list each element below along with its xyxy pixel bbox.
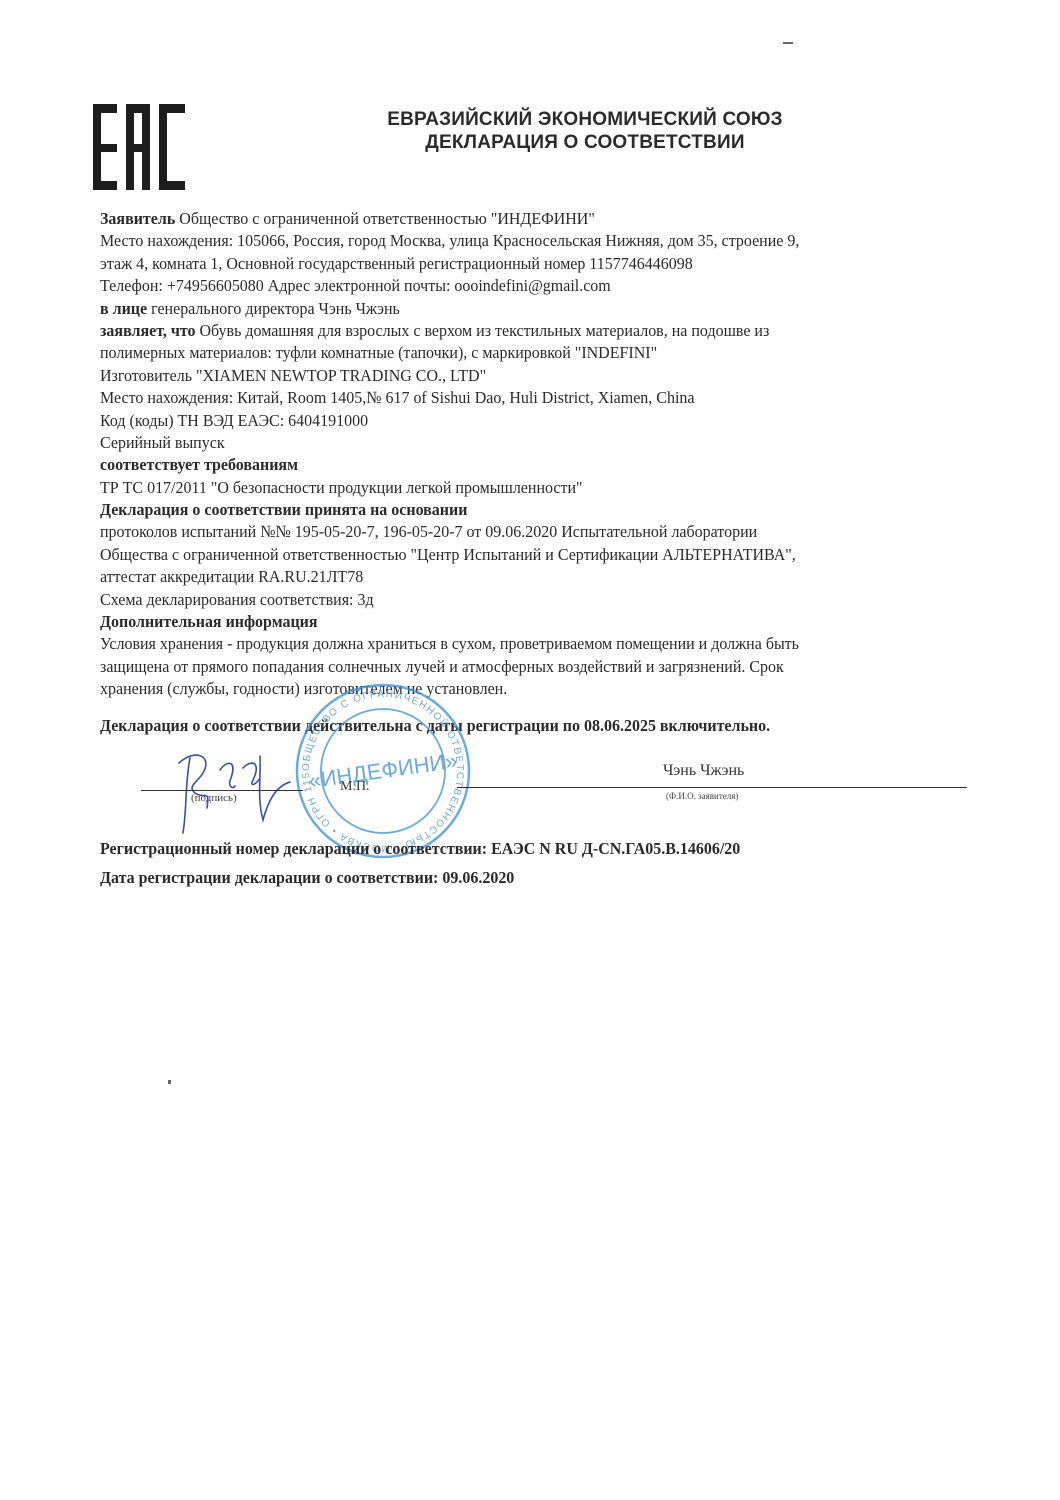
document-title: ДЕКЛАРАЦИЯ О СООТВЕТСТВИИ (300, 131, 870, 154)
eac-logo-icon (93, 104, 185, 190)
representative-row: в лице генерального директора Чэнь Чжэнь (100, 298, 970, 320)
basis-label: Декларация о соответствии принята на осн… (100, 499, 970, 521)
declaration-body: Заявитель Общество с ограниченной ответс… (100, 208, 970, 701)
product-line-1: Обувь домашняя для взрослых с верхом из … (195, 321, 769, 340)
name-line (457, 787, 967, 788)
seal-place-label: М.П. (340, 779, 370, 795)
additional-info-line-1: Условия хранения - продукция должна хран… (100, 633, 970, 655)
registration-block: Регистрационный номер декларации о соотв… (100, 834, 740, 892)
union-title: ЕВРАЗИЙСКИЙ ЭКОНОМИЧЕСКИЙ СОЮЗ (300, 108, 870, 131)
applicant-signatory-name: Чэнь Чжэнь (663, 762, 744, 780)
manufacturer-address: Место нахождения: Китай, Room 1405,№ 617… (100, 387, 970, 409)
signature-line (141, 790, 303, 791)
additional-info-label: Дополнительная информация (100, 611, 970, 633)
production-type: Серийный выпуск (100, 432, 970, 454)
applicant-contacts: Телефон: +74956605080 Адрес электронной … (100, 275, 970, 297)
product-label: заявляет, что (100, 321, 195, 340)
manufacturer: Изготовитель "XIAMEN NEWTOP TRADING CO.,… (100, 365, 970, 387)
basis-line-3: аттестат аккредитации RA.RU.21ЛТ78 (100, 566, 970, 588)
representative-value: генерального директора Чэнь Чжэнь (147, 299, 400, 318)
declaration-scheme: Схема декларирования соответствия: 3д (100, 589, 970, 611)
signature-caption: (подпись) (191, 792, 237, 804)
product-row: заявляет, что Обувь домашняя для взрослы… (100, 320, 970, 342)
document-header: ЕВРАЗИЙСКИЙ ЭКОНОМИЧЕСКИЙ СОЮЗ ДЕКЛАРАЦИ… (300, 108, 870, 154)
basis-line-1: протоколов испытаний №№ 195-05-20-7, 196… (100, 521, 970, 543)
scan-speck (783, 42, 793, 44)
applicant-name: Общество с ограниченной ответственностью… (175, 209, 595, 228)
registration-number: Регистрационный номер декларации о соотв… (100, 834, 740, 863)
svg-text:«ИНДЕФИНИ»: «ИНДЕФИНИ» (307, 748, 459, 794)
basis-line-2: Общества с ограниченной ответственностью… (100, 544, 970, 566)
requirements-label: соответствует требованиям (100, 454, 970, 476)
additional-info-line-2: защищена от прямого попадания солнечных … (100, 656, 970, 678)
hs-code: Код (коды) ТН ВЭД ЕАЭС: 6404191000 (100, 410, 970, 432)
additional-info-line-3: хранения (службы, годности) изготовителе… (100, 678, 970, 700)
representative-label: в лице (100, 299, 147, 318)
applicant-label: Заявитель (100, 209, 175, 228)
product-line-2: полимерных материалов: туфли комнатные (… (100, 342, 970, 364)
requirements-value: ТР ТС 017/2011 "О безопасности продукции… (100, 477, 970, 499)
applicant-address-2: этаж 4, комната 1, Основной государствен… (100, 253, 970, 275)
registration-date: Дата регистрации декларации о соответств… (100, 863, 740, 892)
applicant-address-1: Место нахождения: 105066, Россия, город … (100, 230, 970, 252)
name-caption: (Ф.И.О. заявителя) (666, 791, 738, 801)
scan-speck (168, 1080, 171, 1084)
applicant-row: Заявитель Общество с ограниченной ответс… (100, 208, 970, 230)
